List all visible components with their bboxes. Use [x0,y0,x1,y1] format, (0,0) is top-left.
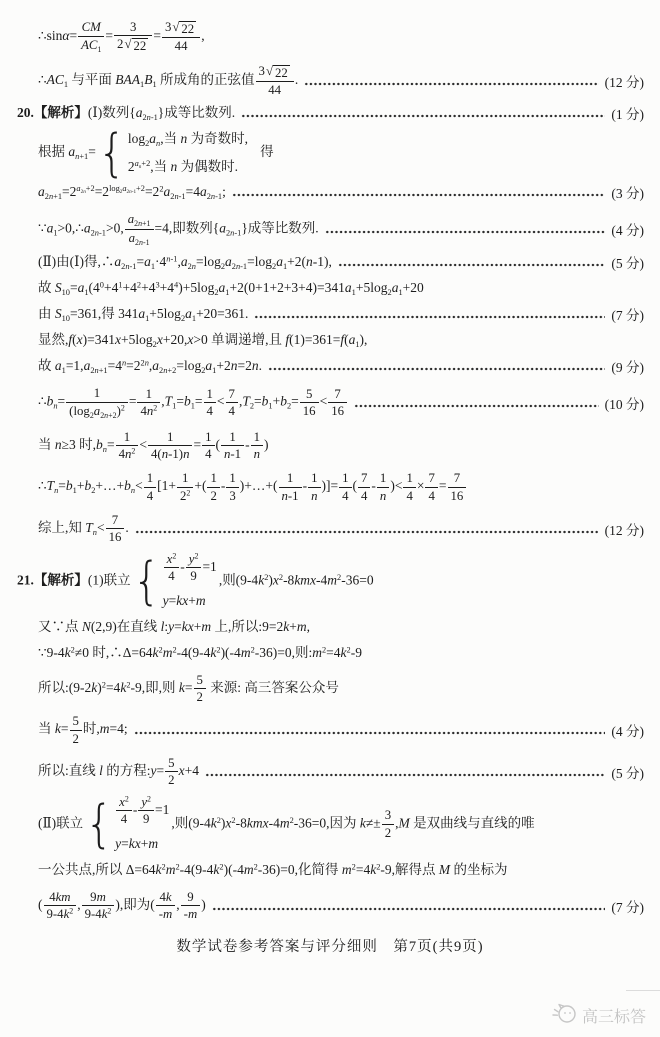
formula-line-11: 故 a1=1,a2n+1=4n=22n,a2n+2=log2a1+2n=2n.(… [14,356,646,376]
page-footer: 数学试卷参考答案与评分细则 第7页(共9页) [14,935,646,956]
dotted-leader [325,229,606,235]
math-content: 所以:直线 l 的方程:y=52x+4 [38,756,199,788]
math-content: ∵a1>0,∴a2n-1>0,a2n+1a2n-1=4,即数列{a2n-1}成等… [38,212,319,246]
score-mark: (7 分) [611,896,646,916]
math-content: ∴bn=1(log2a2n+2)2=14n2,T1=b1=14<74,T2=b1… [38,386,348,419]
score-mark: (10 分) [605,393,646,413]
dotted-leader [304,81,598,87]
formula-line-13: 当 n≥3 时,bn=14n2<14(n-1)n=14(1n-1-1n) [14,430,646,462]
dotted-leader [134,730,606,736]
formula-line-15: 综上,知 Tn<716.(12 分) [14,513,646,545]
dotted-leader [254,314,605,320]
formula-line-22: (Ⅱ)联立{x24-y29=1y=kx+m,则(9-4k2)x2-8kmx-4m… [14,795,646,854]
score-mark: (5 分) [611,252,646,272]
formula-line-2: ∴AC1 与平面 BAA1B1 所成角的正弦值3√2244.(12 分) [14,64,646,98]
formula-line-14: ∴Tn=b1+b2+…+bn<14[1+122+(12-13)+…+(1n-1-… [14,471,646,503]
math-content: 当 k=52时,m=4; [38,714,128,746]
dotted-leader [232,192,606,198]
math-content: 当 n≥3 时,bn=14n2<14(n-1)n=14(1n-1-1n) [38,430,269,462]
dotted-leader [135,529,599,535]
answer-sheet-page: ∴sinα=CMAC1=32√22=3√2244,∴AC1 与平面 BAA1B1… [0,0,660,956]
score-mark: (9 分) [611,356,646,376]
score-mark: (12 分) [605,519,646,539]
score-mark: (4 分) [611,720,646,740]
dotted-leader [338,262,606,268]
formula-line-3: 20.【解析】(Ⅰ)数列{a2n-1}成等比数列.(1 分) [14,103,646,123]
math-content: a2n+1=2a2n+2=2log2a2n-1+2=22a2n-1=4a2n-1… [38,183,226,201]
watermark-text: 高三标答 [582,1004,646,1027]
formula-line-24: (4km9-4k2,9m9-4k2),即为(4k-m,9-m)(7 分) [14,890,646,922]
math-content: 21.【解析】(1)联立{x24-y29=1y=kx+m,则(9-4k2)x2-… [17,552,374,611]
math-content: 一公共点,所以 Δ=64k2m2-4(9-4k2)(-4m2-36)=0,化简得… [38,861,508,879]
math-content: 故 S10=a1(40+41+42+43+44)+5log2a1+2(0+1+2… [38,279,424,297]
score-mark: (1 分) [611,103,646,123]
math-content: 又∵点 N(2,9)在直线 l:y=kx+m 上,所以:9=2k+m, [38,618,310,636]
formula-line-1: ∴sinα=CMAC1=32√22=3√2244, [14,20,646,54]
formula-line-5: a2n+1=2a2n+2=2log2a2n-1+2=22a2n-1=4a2n-1… [14,182,646,202]
score-mark: (12 分) [605,71,646,91]
formula-line-9: 由 S10=361,得 341a1+5log2a1+20=361.(7 分) [14,304,646,324]
solution-lines: ∴sinα=CMAC1=32√22=3√2244,∴AC1 与平面 BAA1B1… [14,20,646,921]
math-content: ∴Tn=b1+b2+…+bn<14[1+122+(12-13)+…+(1n-1-… [38,471,467,503]
math-content: (4km9-4k2,9m9-4k2),即为(4k-m,9-m) [38,890,206,922]
score-mark: (3 分) [611,182,646,202]
math-content: 根据 an+1={log2an,当 n 为奇数时,2an+2,当 n 为偶数时.… [38,130,274,176]
formula-line-23: 一公共点,所以 Δ=64k2m2-4(9-4k2)(-4m2-36)=0,化简得… [14,860,646,880]
formula-line-8: 故 S10=a1(40+41+42+43+44)+5log2a1+2(0+1+2… [14,278,646,298]
math-content: 显然,f(x)=341x+5log2x+20,x>0 单调递增,且 f(1)=3… [38,331,367,349]
score-mark: (4 分) [611,219,646,239]
dotted-leader [241,113,605,119]
formula-line-10: 显然,f(x)=341x+5log2x+20,x>0 单调递增,且 f(1)=3… [14,330,646,350]
formula-line-16: 21.【解析】(1)联立{x24-y29=1y=kx+m,则(9-4k2)x2-… [14,552,646,611]
formula-line-17: 又∵点 N(2,9)在直线 l:y=kx+m 上,所以:9=2k+m, [14,617,646,637]
math-content: 故 a1=1,a2n+1=4n=22n,a2n+2=log2a1+2n=2n. [38,357,262,375]
formula-line-18: ∵9-4k2≠0 时,∴Δ=64k2m2-4(9-4k2)(-4m2-36)=0… [14,643,646,663]
formula-line-21: 所以:直线 l 的方程:y=52x+4(5 分) [14,756,646,788]
dotted-leader [205,772,605,778]
cat-logo-icon [551,1002,577,1029]
math-content: 20.【解析】(Ⅰ)数列{a2n-1}成等比数列. [17,104,235,122]
dotted-leader [212,906,606,912]
formula-line-4: 根据 an+1={log2an,当 n 为奇数时,2an+2,当 n 为偶数时.… [14,130,646,176]
formula-line-12: ∴bn=1(log2a2n+2)2=14n2,T1=b1=14<74,T2=b1… [14,386,646,419]
math-content: (Ⅱ)联立{x24-y29=1y=kx+m,则(9-4k2)x2-8kmx-4m… [38,795,535,854]
score-mark: (7 分) [611,304,646,324]
dotted-leader [354,403,599,409]
math-content: ∴AC1 与平面 BAA1B1 所成角的正弦值3√2244. [38,64,298,98]
math-content: 综上,知 Tn<716. [38,513,129,545]
score-mark: (5 分) [611,762,646,782]
formula-line-19: 所以:(9-2k)2=4k2-9,即,则 k=52 来源: 高三答案公众号 [14,673,646,705]
math-content: ∴sinα=CMAC1=32√22=3√2244, [38,20,205,54]
math-content: ∵9-4k2≠0 时,∴Δ=64k2m2-4(9-4k2)(-4m2-36)=0… [38,644,362,662]
math-content: 由 S10=361,得 341a1+5log2a1+20=361. [38,305,248,323]
dotted-leader [268,366,605,372]
math-content: (Ⅱ)由(Ⅰ)得,∴a2n-1=a1·4n-1,a2n=log2a2n-1=lo… [38,253,332,271]
formula-line-20: 当 k=52时,m=4;(4 分) [14,714,646,746]
math-content: 所以:(9-2k)2=4k2-9,即,则 k=52 来源: 高三答案公众号 [38,673,339,705]
formula-line-7: (Ⅱ)由(Ⅰ)得,∴a2n-1=a1·4n-1,a2n=log2a2n-1=lo… [14,252,646,272]
formula-line-6: ∵a1>0,∴a2n-1>0,a2n+1a2n-1=4,即数列{a2n-1}成等… [14,212,646,246]
watermark-divider [626,990,660,991]
brand-watermark: 高三标答 [551,1002,646,1029]
